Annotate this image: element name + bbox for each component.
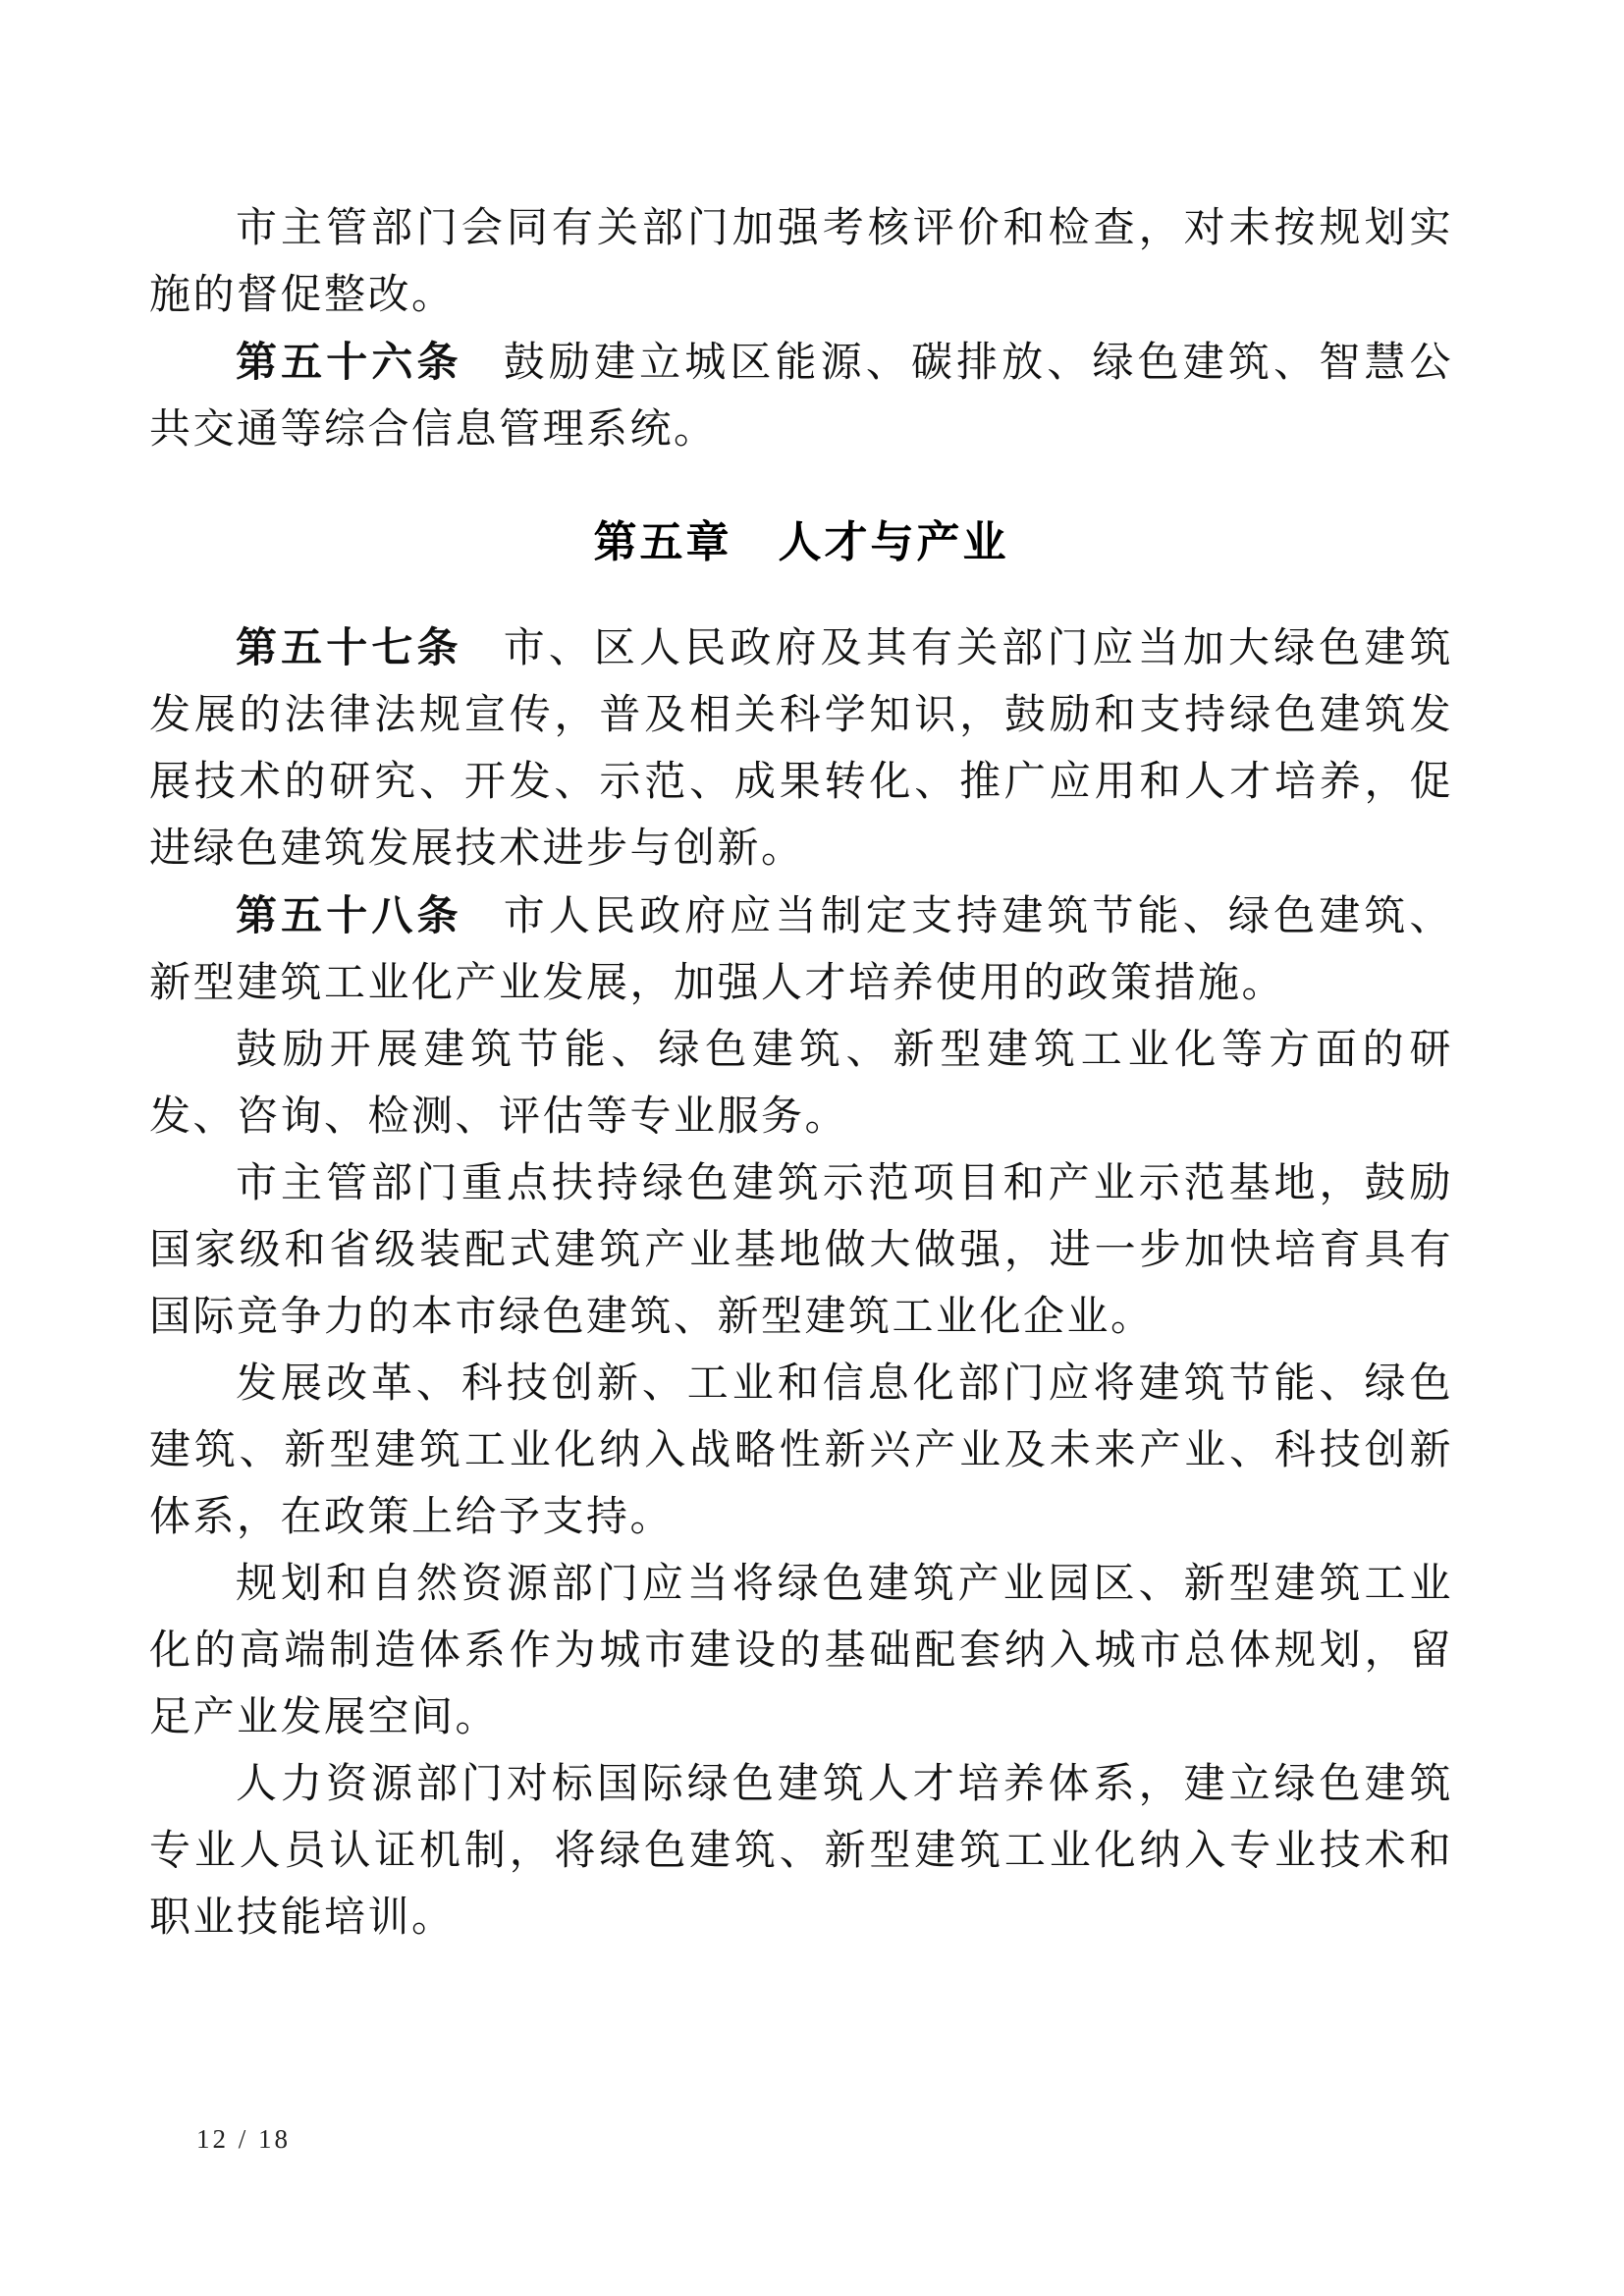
article-56-number: 第五十六条 bbox=[236, 339, 462, 385]
document-page: 市主管部门会同有关部门加强考核评价和检查，对未按规划实施的督促整改。 第五十六条… bbox=[0, 0, 1624, 2296]
para-strategic-industries-text: 发展改革、科技创新、工业和信息化部门应将建筑节能、绿色建筑、新型建筑工业化纳入战… bbox=[149, 1362, 1453, 1540]
chapter-5-heading: 第五章 人才与产业 bbox=[149, 512, 1453, 573]
para-supervision-rectification: 市主管部门会同有关部门加强考核评价和检查，对未按规划实施的督促整改。 bbox=[149, 195, 1453, 329]
para-hr-training: 人力资源部门对标国际绿色建筑人才培养体系，建立绿色建筑专业人员认证机制，将绿色建… bbox=[149, 1751, 1453, 1951]
article-57: 第五十七条市、区人民政府及其有关部门应当加大绿色建筑发展的法律法规宣传，普及相关… bbox=[149, 614, 1453, 882]
article-56: 第五十六条鼓励建立城区能源、碳排放、绿色建筑、智慧公共交通等综合信息管理系统。 bbox=[149, 329, 1453, 463]
para-demo-projects-bases-text: 市主管部门重点扶持绿色建筑示范项目和产业示范基地，鼓励国家级和省级装配式建筑产业… bbox=[149, 1161, 1453, 1340]
para-planning-resources: 规划和自然资源部门应当将绿色建筑产业园区、新型建筑工业化的高端制造体系作为城市建… bbox=[149, 1551, 1453, 1751]
para-professional-services: 鼓励开展建筑节能、绿色建筑、新型建筑工业化等方面的研发、咨询、检测、评估等专业服… bbox=[149, 1017, 1453, 1150]
para-strategic-industries: 发展改革、科技创新、工业和信息化部门应将建筑节能、绿色建筑、新型建筑工业化纳入战… bbox=[149, 1351, 1453, 1551]
article-58: 第五十八条市人民政府应当制定支持建筑节能、绿色建筑、新型建筑工业化产业发展，加强… bbox=[149, 882, 1453, 1017]
para-supervision-rectification-text: 市主管部门会同有关部门加强考核评价和检查，对未按规划实施的督促整改。 bbox=[149, 206, 1453, 318]
para-hr-training-text: 人力资源部门对标国际绿色建筑人才培养体系，建立绿色建筑专业人员认证机制，将绿色建… bbox=[149, 1762, 1453, 1941]
page-footer: 12 / 18 bbox=[196, 2123, 291, 2155]
para-professional-services-text: 鼓励开展建筑节能、绿色建筑、新型建筑工业化等方面的研发、咨询、检测、评估等专业服… bbox=[149, 1028, 1453, 1140]
para-demo-projects-bases: 市主管部门重点扶持绿色建筑示范项目和产业示范基地，鼓励国家级和省级装配式建筑产业… bbox=[149, 1150, 1453, 1351]
article-57-number: 第五十七条 bbox=[236, 624, 462, 670]
para-planning-resources-text: 规划和自然资源部门应当将绿色建筑产业园区、新型建筑工业化的高端制造体系作为城市建… bbox=[149, 1562, 1453, 1740]
page-number: 12 / 18 bbox=[196, 2124, 291, 2154]
article-58-number: 第五十八条 bbox=[236, 892, 462, 938]
